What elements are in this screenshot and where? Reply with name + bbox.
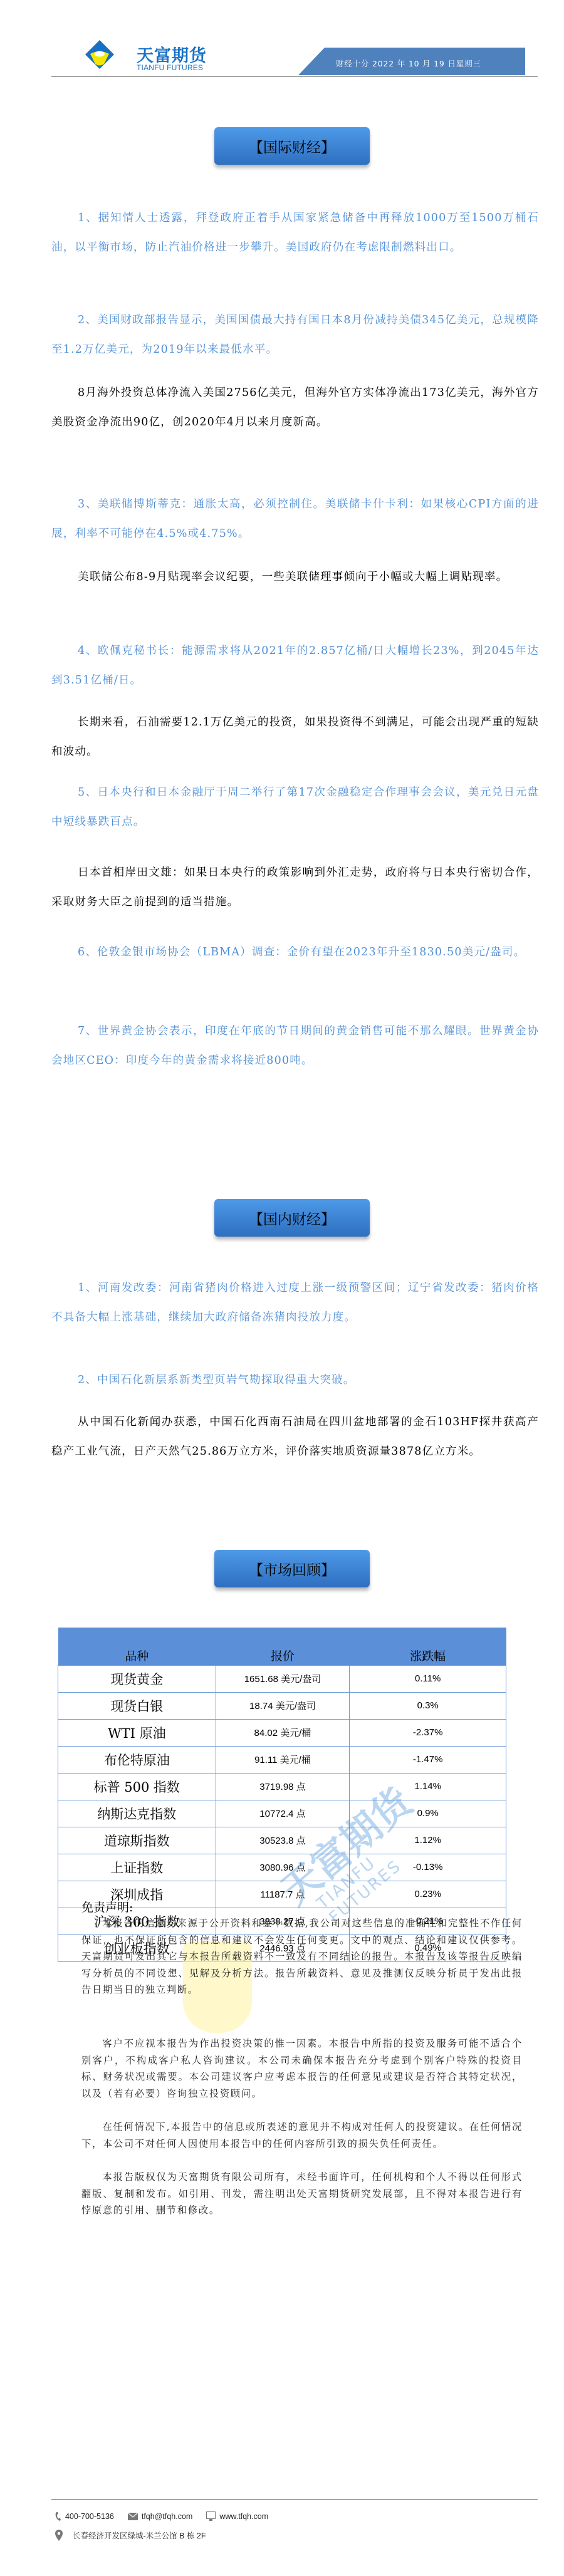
- table-row: 道琼斯指数30523.8 点1.12%: [58, 1827, 506, 1854]
- price-value: 84.02 美元/桶: [216, 1719, 350, 1746]
- disclaimer-paragraph-3: 在任何情况下,本报告中的信息或所表述的意见并不构成对任何人的投资建议。在任何情况…: [81, 2119, 523, 2152]
- intl-news-4-detail: 长期来看，石油需要12.1万亿美元的投资，如果投资得不到满足，可能会出现严重的短…: [51, 708, 539, 767]
- instrument-name: 现货黄金: [58, 1665, 216, 1692]
- price-value: 91.11 美元/桶: [216, 1746, 350, 1773]
- intl-news-7: 7、世界黄金协会表示，印度在年底的节日期间的黄金销售可能不那么耀眼。世界黄金协会…: [51, 1017, 539, 1076]
- section-header-domestic: 【国内财经】: [214, 1199, 370, 1237]
- report-date: 财经十分 2022 年 10 月 19 日星期三: [336, 58, 481, 69]
- price-value: 10772.4 点: [216, 1800, 350, 1827]
- header-divider: [51, 76, 538, 77]
- table-row: WTI 原油84.02 美元/桶-2.37%: [58, 1719, 506, 1746]
- price-value: 11187.7 点: [216, 1881, 350, 1908]
- disclaimer-title: 免责声明:: [81, 1898, 133, 1915]
- change-value: -1.47%: [350, 1746, 506, 1773]
- phone-icon: [55, 2511, 61, 2521]
- location-pin-icon: [55, 2530, 63, 2541]
- intl-news-2: 2、美国财政部报告显示，美国国债最大持有国日本8月份减持美债345亿美元，总规模…: [51, 306, 539, 365]
- instrument-name: 纳斯达克指数: [58, 1800, 216, 1827]
- report-header: 天富期货 TIANFU FUTURES 财经十分 2022 年 10 月 19 …: [0, 0, 564, 81]
- table-row: 标普 500 指数3719.98 点1.14%: [58, 1773, 506, 1800]
- change-value: 0.3%: [350, 1692, 506, 1719]
- column-header-price: 报价: [216, 1628, 350, 1665]
- table-row: 现货白银18.74 美元/盎司0.3%: [58, 1692, 506, 1719]
- logo-english-name: TIANFU FUTURES: [137, 63, 203, 72]
- section-header-market: 【市场回顾】: [214, 1550, 370, 1587]
- table-row: 现货黄金1651.68 美元/盎司0.11%: [58, 1665, 506, 1692]
- disclaimer-paragraph-4: 本报告版权仅为天富期货有限公司所有，未经书面许可，任何机构和个人不得以任何形式翻…: [81, 2169, 523, 2219]
- instrument-name: 布伦特原油: [58, 1746, 216, 1773]
- office-address: 长春经济开发区绿城-米兰公馆 B 栋 2F: [73, 2530, 206, 2541]
- website-url: www.tfqh.com: [219, 2512, 268, 2521]
- table-row: 布伦特原油91.11 美元/桶-1.47%: [58, 1746, 506, 1773]
- price-value: 1651.68 美元/盎司: [216, 1665, 350, 1692]
- change-value: 0.23%: [350, 1881, 506, 1908]
- price-value: 18.74 美元/盎司: [216, 1692, 350, 1719]
- change-value: -2.37%: [350, 1719, 506, 1746]
- change-value: 1.12%: [350, 1827, 506, 1854]
- footer-address-row: 长春经济开发区绿城-米兰公馆 B 栋 2F: [55, 2530, 206, 2541]
- column-header-change: 涨跌幅: [350, 1628, 506, 1665]
- instrument-name: 道琼斯指数: [58, 1827, 216, 1854]
- change-value: 0.9%: [350, 1800, 506, 1827]
- price-value: 30523.8 点: [216, 1827, 350, 1854]
- section-header-international: 【国际财经】: [214, 127, 370, 165]
- intl-news-4: 4、欧佩克秘书长：能源需求将从2021年的2.857亿桶/日大幅增长23%，到2…: [51, 636, 539, 695]
- footer-phone: 400-700-5136: [55, 2511, 114, 2521]
- tianfu-logo-icon: [85, 40, 114, 69]
- intl-news-3: 3、美联储博斯蒂克：通胀太高，必须控制住。美联储卡什卡利：如果核心CPI方面的进…: [51, 490, 539, 549]
- change-value: 1.14%: [350, 1773, 506, 1800]
- footer-divider: [51, 2499, 538, 2500]
- table-row: 纳斯达克指数10772.4 点0.9%: [58, 1800, 506, 1827]
- intl-news-6: 6、伦敦金银市场协会（LBMA）调查：金价有望在2023年升至1830.50美元…: [51, 938, 539, 967]
- instrument-name: WTI 原油: [58, 1719, 216, 1746]
- phone-number: 400-700-5136: [65, 2512, 114, 2521]
- footer-contact-row: 400-700-5136 tfqh@tfqh.com www.tfqh.com: [55, 2511, 282, 2521]
- monitor-icon: [206, 2511, 216, 2521]
- footer-email: tfqh@tfqh.com: [128, 2512, 192, 2521]
- instrument-name: 标普 500 指数: [58, 1773, 216, 1800]
- price-value: 3719.98 点: [216, 1773, 350, 1800]
- table-header-row: 品种 报价 涨跌幅: [58, 1628, 506, 1665]
- intl-news-5: 5、日本央行和日本金融厅于周二举行了第17次金融稳定合作理事会会议，美元兑日元盘…: [51, 778, 539, 837]
- instrument-name: 现货白银: [58, 1692, 216, 1719]
- domestic-news-1: 1、河南发改委：河南省猪肉价格进入过度上涨一级预警区间；辽宁省发改委：猪肉价格不…: [51, 1274, 539, 1332]
- domestic-news-2: 2、中国石化新层系新类型页岩气勘探取得重大突破。: [51, 1366, 539, 1395]
- intl-news-1: 1、据知情人士透露，拜登政府正着手从国家紧急储备中再释放1000万至1500万桶…: [51, 204, 539, 262]
- table-row: 上证指数3080.96 点-0.13%: [58, 1854, 506, 1881]
- price-value: 3080.96 点: [216, 1854, 350, 1881]
- disclaimer-paragraph-1: 本报告的信息均来源于公开资料和金十数据,我公司对这些信息的准确性和完整性不作任何…: [81, 1915, 523, 1998]
- change-value: -0.13%: [350, 1854, 506, 1881]
- change-value: 0.11%: [350, 1665, 506, 1692]
- instrument-name: 上证指数: [58, 1854, 216, 1881]
- footer-website: www.tfqh.com: [206, 2511, 268, 2521]
- email-address: tfqh@tfqh.com: [142, 2512, 192, 2521]
- email-icon: [128, 2512, 138, 2521]
- intl-news-2-detail: 8月海外投资总体净流入美国2756亿美元，但海外官方实体净流出173亿美元，海外…: [51, 378, 539, 437]
- intl-news-3-detail: 美联储公布8-9月贴现率会议纪要，一些美联储理事倾向于小幅或大幅上调贴现率。: [51, 563, 539, 592]
- column-header-instrument: 品种: [58, 1628, 216, 1665]
- intl-news-5-detail: 日本首相岸田文雄：如果日本央行的政策影响到外汇走势，政府将与日本央行密切合作，采…: [51, 858, 539, 917]
- domestic-news-2-detail: 从中国石化新闻办获悉，中国石化西南石油局在四川盆地部署的金石103HF探井获高产…: [51, 1408, 539, 1467]
- disclaimer-paragraph-2: 客户不应视本报告为作出投资决策的惟一因素。本报告中所指的投资及服务可能不适合个别…: [81, 2035, 523, 2102]
